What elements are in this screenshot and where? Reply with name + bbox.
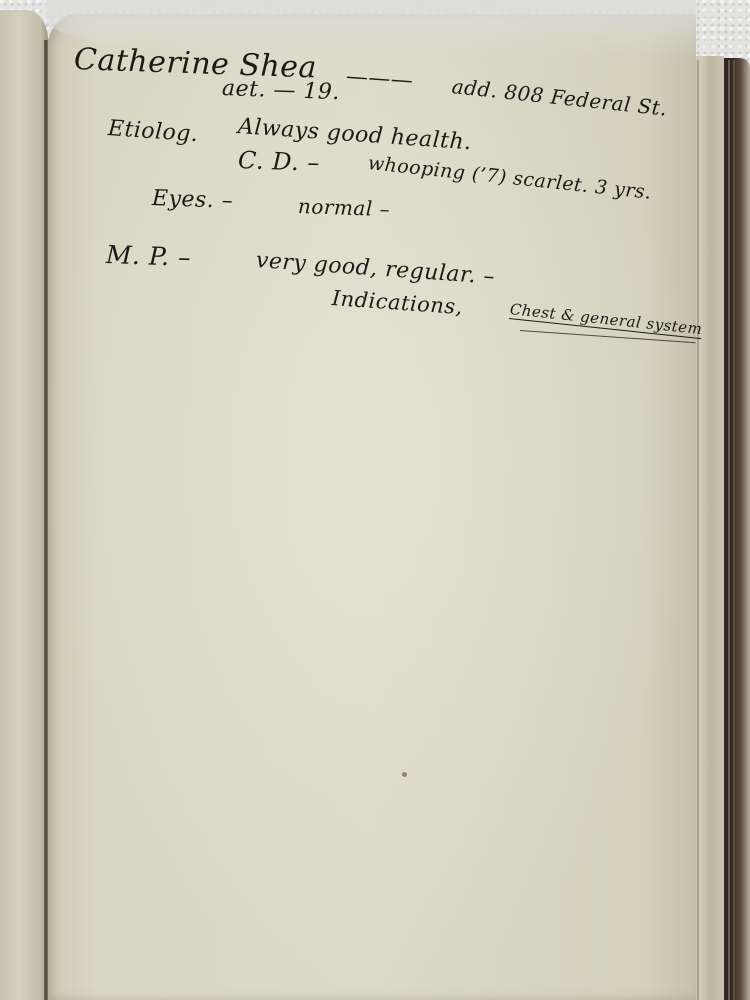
page-edge-line	[733, 60, 735, 1000]
page-edge-line	[728, 60, 730, 1000]
entry-value-eyes: normal –	[298, 194, 391, 221]
entry-label-menstrual-period: M. P. –	[105, 240, 191, 272]
patient-age: aet. — 19.	[222, 76, 341, 105]
page-edge-line	[697, 60, 699, 1000]
book-gutter	[44, 40, 48, 1000]
entry-label-childhood-diseases: C. D. –	[238, 146, 321, 177]
entry-label-eyes: Eyes. –	[152, 186, 234, 214]
foxing-spot	[402, 772, 407, 777]
name-separator: ———	[345, 64, 414, 94]
facing-left-page	[0, 10, 48, 1000]
